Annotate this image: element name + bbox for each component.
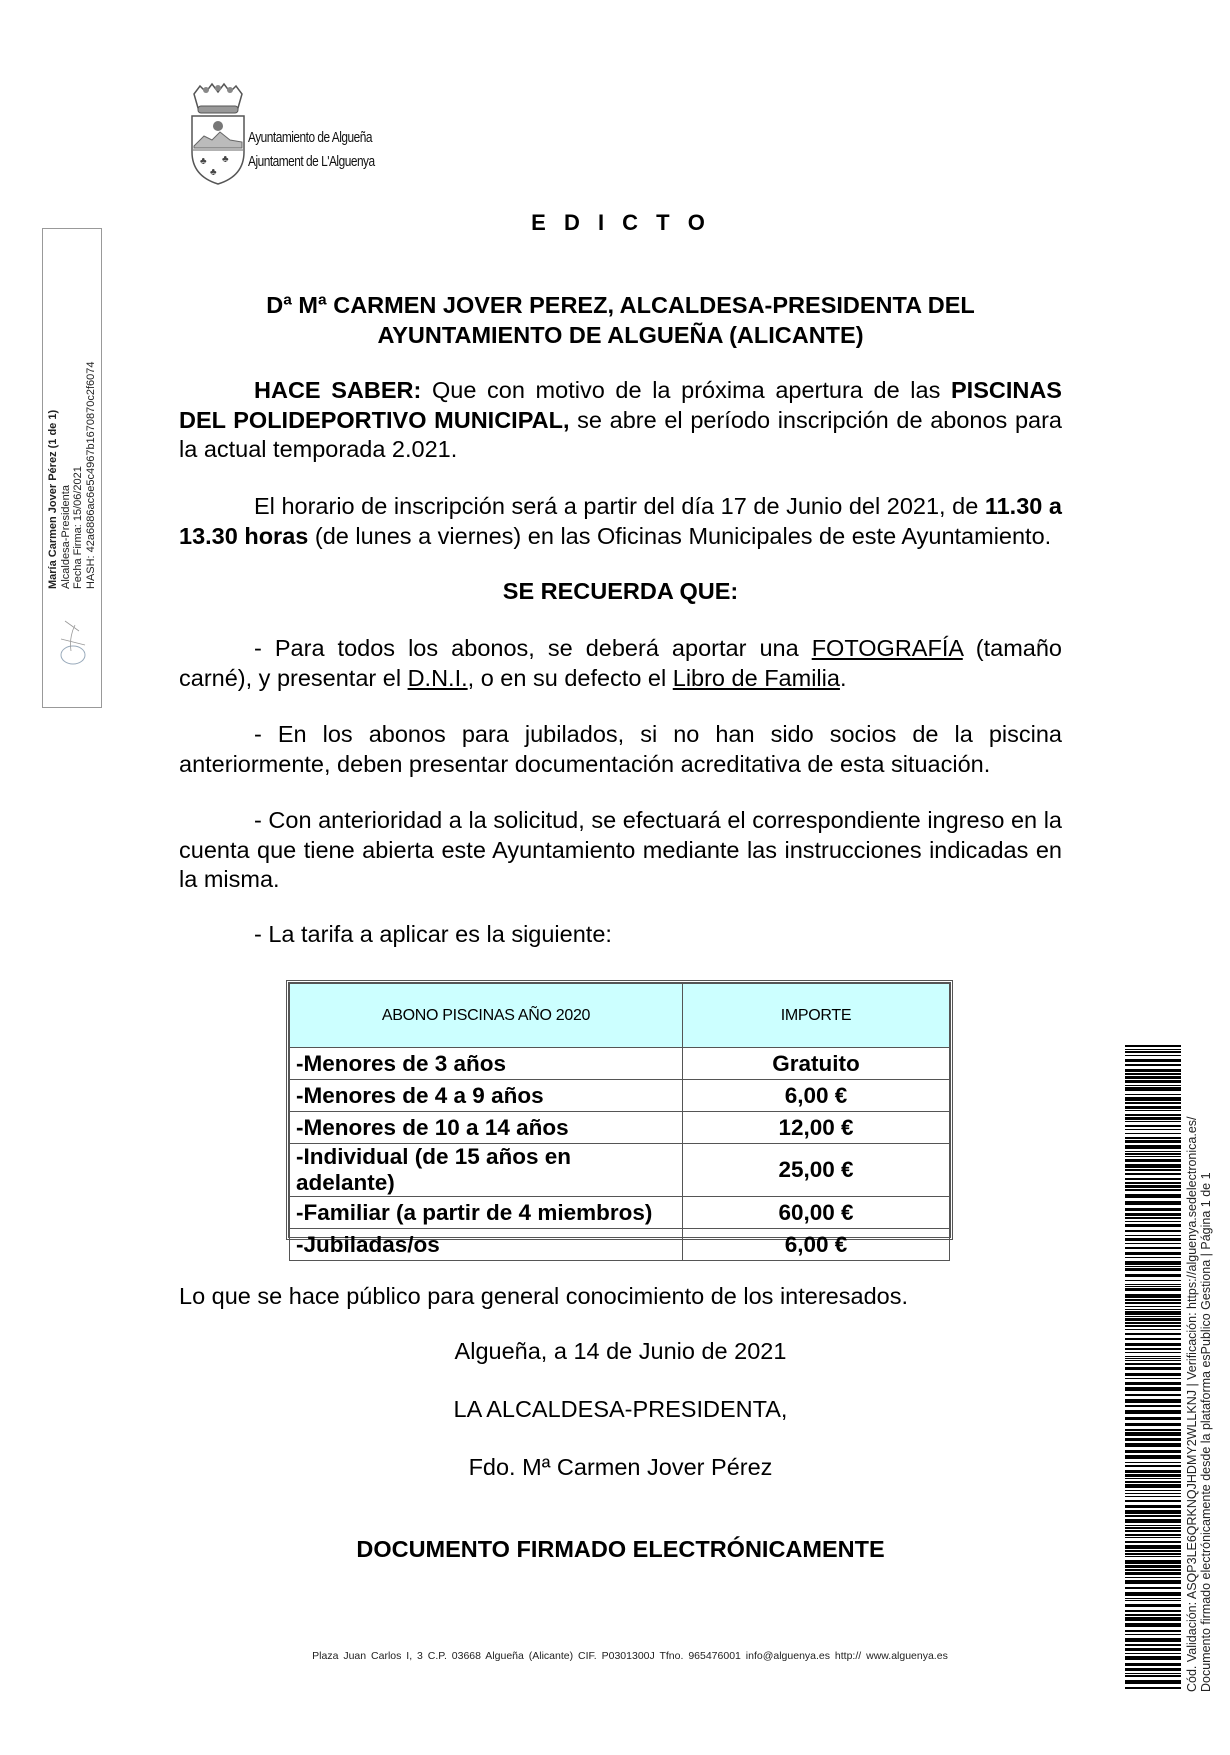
signer-role-line: LA ALCALDESA-PRESIDENTA,: [179, 1396, 1062, 1423]
category-cell: -Jubiladas/os: [290, 1229, 683, 1261]
hace-saber-label: HACE SABER:: [254, 377, 421, 403]
signer-role: Alcaldesa-Presidenta: [60, 361, 73, 589]
closing-statement: Lo que se hace público para general cono…: [179, 1283, 1062, 1310]
price-cell: 12,00 €: [683, 1112, 950, 1144]
schedule-text: El horario de inscripción será a partir …: [254, 493, 985, 519]
svg-text:♣: ♣: [222, 154, 229, 165]
municipality-logo: ♣ ♣ ♣ Ayuntamiento de Algueña Ajuntament…: [186, 82, 386, 190]
tariff-table: ABONO PISCINAS AÑO 2020 IMPORTE -Menores…: [286, 980, 953, 1240]
signer-name: María Carmen Jover Pérez (1 de 1): [47, 361, 60, 589]
svg-text:♣: ♣: [210, 167, 217, 178]
category-cell: -Individual (de 15 años en adelante): [290, 1144, 683, 1197]
price-cell: 60,00 €: [683, 1197, 950, 1229]
document-heading: Dª Mª CARMEN JOVER PEREZ, ALCALDESA-PRES…: [179, 291, 1062, 350]
column-header-importe: IMPORTE: [683, 984, 950, 1048]
reminder-tariff: - La tarifa a aplicar es la siguiente:: [179, 920, 1062, 950]
bullet1-text-4: .: [840, 665, 847, 691]
reminder-heading: SE RECUERDA QUE:: [179, 578, 1062, 605]
logo-text-spanish: Ayuntamiento de Algueña: [248, 126, 375, 150]
table-row: -Menores de 3 añosGratuito: [290, 1048, 950, 1080]
bullet1-text-3: , o en su defecto el: [468, 665, 673, 691]
family-book-requirement: Libro de Familia: [673, 665, 840, 691]
validation-info: Cód. Validación: ASQP3LE6QRKNQJHDMY2WLLK…: [1185, 1116, 1213, 1692]
document-title: E D I C T O: [0, 210, 1230, 236]
table-row: -Jubiladas/os6,00 €: [290, 1229, 950, 1261]
coat-of-arms-icon: ♣ ♣ ♣: [186, 82, 248, 186]
paragraph-schedule: El horario de inscripción será a partir …: [179, 492, 1062, 551]
column-header-abono: ABONO PISCINAS AÑO 2020: [290, 984, 683, 1048]
signer-line: Fdo. Mª Carmen Jover Pérez: [179, 1454, 1062, 1481]
footer-contact: Plaza Juan Carlos I, 3 C.P. 03668 Algueñ…: [0, 1650, 1230, 1662]
table-row: -Individual (de 15 años en adelante)25,0…: [290, 1144, 950, 1197]
para1-text: Que con motivo de la próxima apertura de…: [421, 377, 951, 403]
dni-requirement: D.N.I.: [408, 665, 468, 691]
paragraph-hace-saber: HACE SABER: Que con motivo de la próxima…: [179, 376, 1062, 465]
heading-line-2: AYUNTAMIENTO DE ALGUEÑA (ALICANTE): [179, 321, 1062, 351]
reminder-photo-dni: - Para todos los abonos, se deberá aport…: [179, 634, 1062, 693]
table-row: -Menores de 4 a 9 años6,00 €: [290, 1080, 950, 1112]
logo-text-valencian: Ajuntament de L'Alguenya: [248, 150, 375, 174]
signature-date: Fecha Firma: 15/06/2021: [72, 361, 85, 589]
signature-details: María Carmen Jover Pérez (1 de 1) Alcald…: [47, 361, 97, 589]
category-cell: -Menores de 3 años: [290, 1048, 683, 1080]
reminder-payment: - Con anterioridad a la solicitud, se ef…: [179, 806, 1062, 895]
price-cell: 6,00 €: [683, 1229, 950, 1261]
price-cell: 6,00 €: [683, 1080, 950, 1112]
platform-info: Documento firmado electrónicamente desde…: [1199, 1116, 1213, 1692]
photo-requirement: FOTOGRAFÍA: [812, 635, 963, 661]
svg-text:♣: ♣: [200, 156, 207, 167]
reminder-retirees: - En los abonos para jubilados, si no ha…: [179, 720, 1062, 779]
validation-code: Cód. Validación: ASQP3LE6QRKNQJHDMY2WLLK…: [1185, 1116, 1199, 1692]
heading-line-1: Dª Mª CARMEN JOVER PEREZ, ALCALDESA-PRES…: [179, 291, 1062, 321]
table-header-row: ABONO PISCINAS AÑO 2020 IMPORTE: [290, 984, 950, 1048]
signature-box: María Carmen Jover Pérez (1 de 1) Alcald…: [42, 228, 102, 708]
signature-hash: HASH: 42a6886ac6e5c4967b1670870c2f6074: [85, 361, 98, 589]
electronic-signature-notice: DOCUMENTO FIRMADO ELECTRÓNICAMENTE: [179, 1536, 1062, 1563]
schedule-text-2: (de lunes a viernes) en las Oficinas Mun…: [308, 523, 1051, 549]
category-cell: -Menores de 10 a 14 años: [290, 1112, 683, 1144]
category-cell: -Menores de 4 a 9 años: [290, 1080, 683, 1112]
price-cell: 25,00 €: [683, 1144, 950, 1197]
barcode-icon: [1125, 1045, 1181, 1692]
bullet1-text: - Para todos los abonos, se deberá aport…: [254, 635, 812, 661]
table-row: -Menores de 10 a 14 años12,00 €: [290, 1112, 950, 1144]
table-row: -Familiar (a partir de 4 miembros)60,00 …: [290, 1197, 950, 1229]
place-date: Algueña, a 14 de Junio de 2021: [179, 1338, 1062, 1365]
price-cell: Gratuito: [683, 1048, 950, 1080]
signature-stamp-icon: [55, 617, 89, 669]
category-cell: -Familiar (a partir de 4 miembros): [290, 1197, 683, 1229]
